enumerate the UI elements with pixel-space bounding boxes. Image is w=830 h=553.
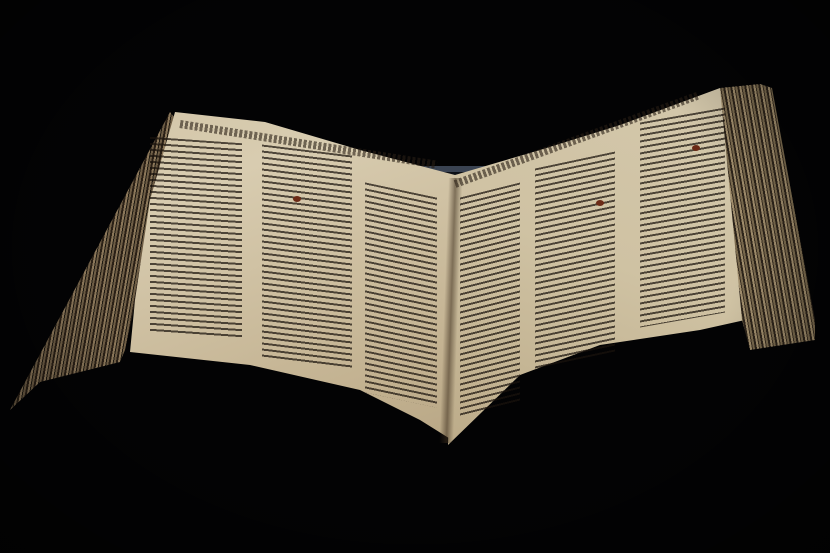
vignette: [0, 0, 830, 553]
photo-scene: [0, 0, 830, 553]
